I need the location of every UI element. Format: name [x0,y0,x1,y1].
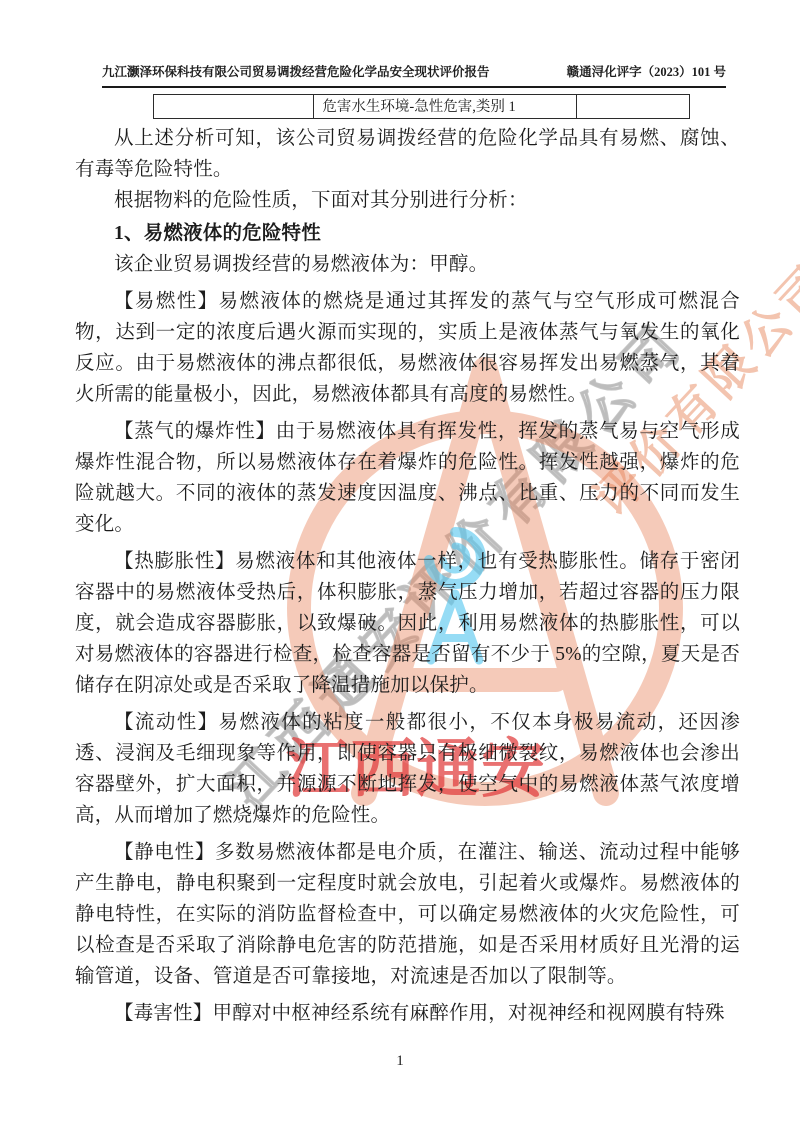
header-doc-number: 赣通浔化评字（2023）101 号 [567,64,726,80]
paragraph-fluidity: 【流动性】易燃液体的粘度一般都很小，不仅本身极易流动，还因渗透、浸润及毛细现象等… [75,707,740,831]
paragraph-toxicity: 【毒害性】甲醇对中枢神经系统有麻醉作用，对视神经和视网膜有特殊 [75,998,740,1029]
paragraph-flammability: 【易燃性】易燃液体的燃烧是通过其挥发的蒸气与空气形成可燃混合物，达到一定的浓度后… [75,286,740,410]
paragraph-static-electricity: 【静电性】多数易燃液体都是电介质，在灌注、输送、流动过程中能够产生静电，静电积聚… [75,837,740,992]
page-number: 1 [0,1053,800,1070]
page-header: 九江灏泽环保科技有限公司贸易调拨经营危险化学品安全现状评价报告 赣通浔化评字（2… [102,64,726,88]
paragraph-thermal-expansion: 【热膨胀性】易燃液体和其他液体一样，也有受热膨胀性。储存于密闭容器中的易燃液体受… [75,546,740,701]
table-cell-right [576,95,689,118]
document-body: 从上述分析可知，该公司贸易调拨经营的危险化学品具有易燃、腐蚀、有毒等危险特性。 … [75,123,740,1029]
table-cell-hazard: 危害水生环境-急性危害,类别 1 [313,95,576,118]
paragraph-intro-1: 从上述分析可知，该公司贸易调拨经营的危险化学品具有易燃、腐蚀、有毒等危险特性。 [75,123,740,185]
table-cell-left [154,95,313,118]
section-heading: 1、易燃液体的危险特性 [75,218,740,249]
paragraph-lead: 该企业贸易调拨经营的易燃液体为：甲醇。 [75,249,740,280]
hazard-classification-table: 危害水生环境-急性危害,类别 1 [153,94,690,119]
paragraph-intro-2: 根据物料的危险性质，下面对其分别进行分析： [75,185,740,216]
paragraph-vapor-explosiveness: 【蒸气的爆炸性】由于易燃液体具有挥发性，挥发的蒸气易与空气形成爆炸性混合物，所以… [75,416,740,540]
document-page: 江西通安评价有限公司 评价有限公司 江西通安 九江灏泽环保科技有限公司贸易调拨经… [0,0,800,1131]
header-report-title: 九江灏泽环保科技有限公司贸易调拨经营危险化学品安全现状评价报告 [102,64,490,80]
